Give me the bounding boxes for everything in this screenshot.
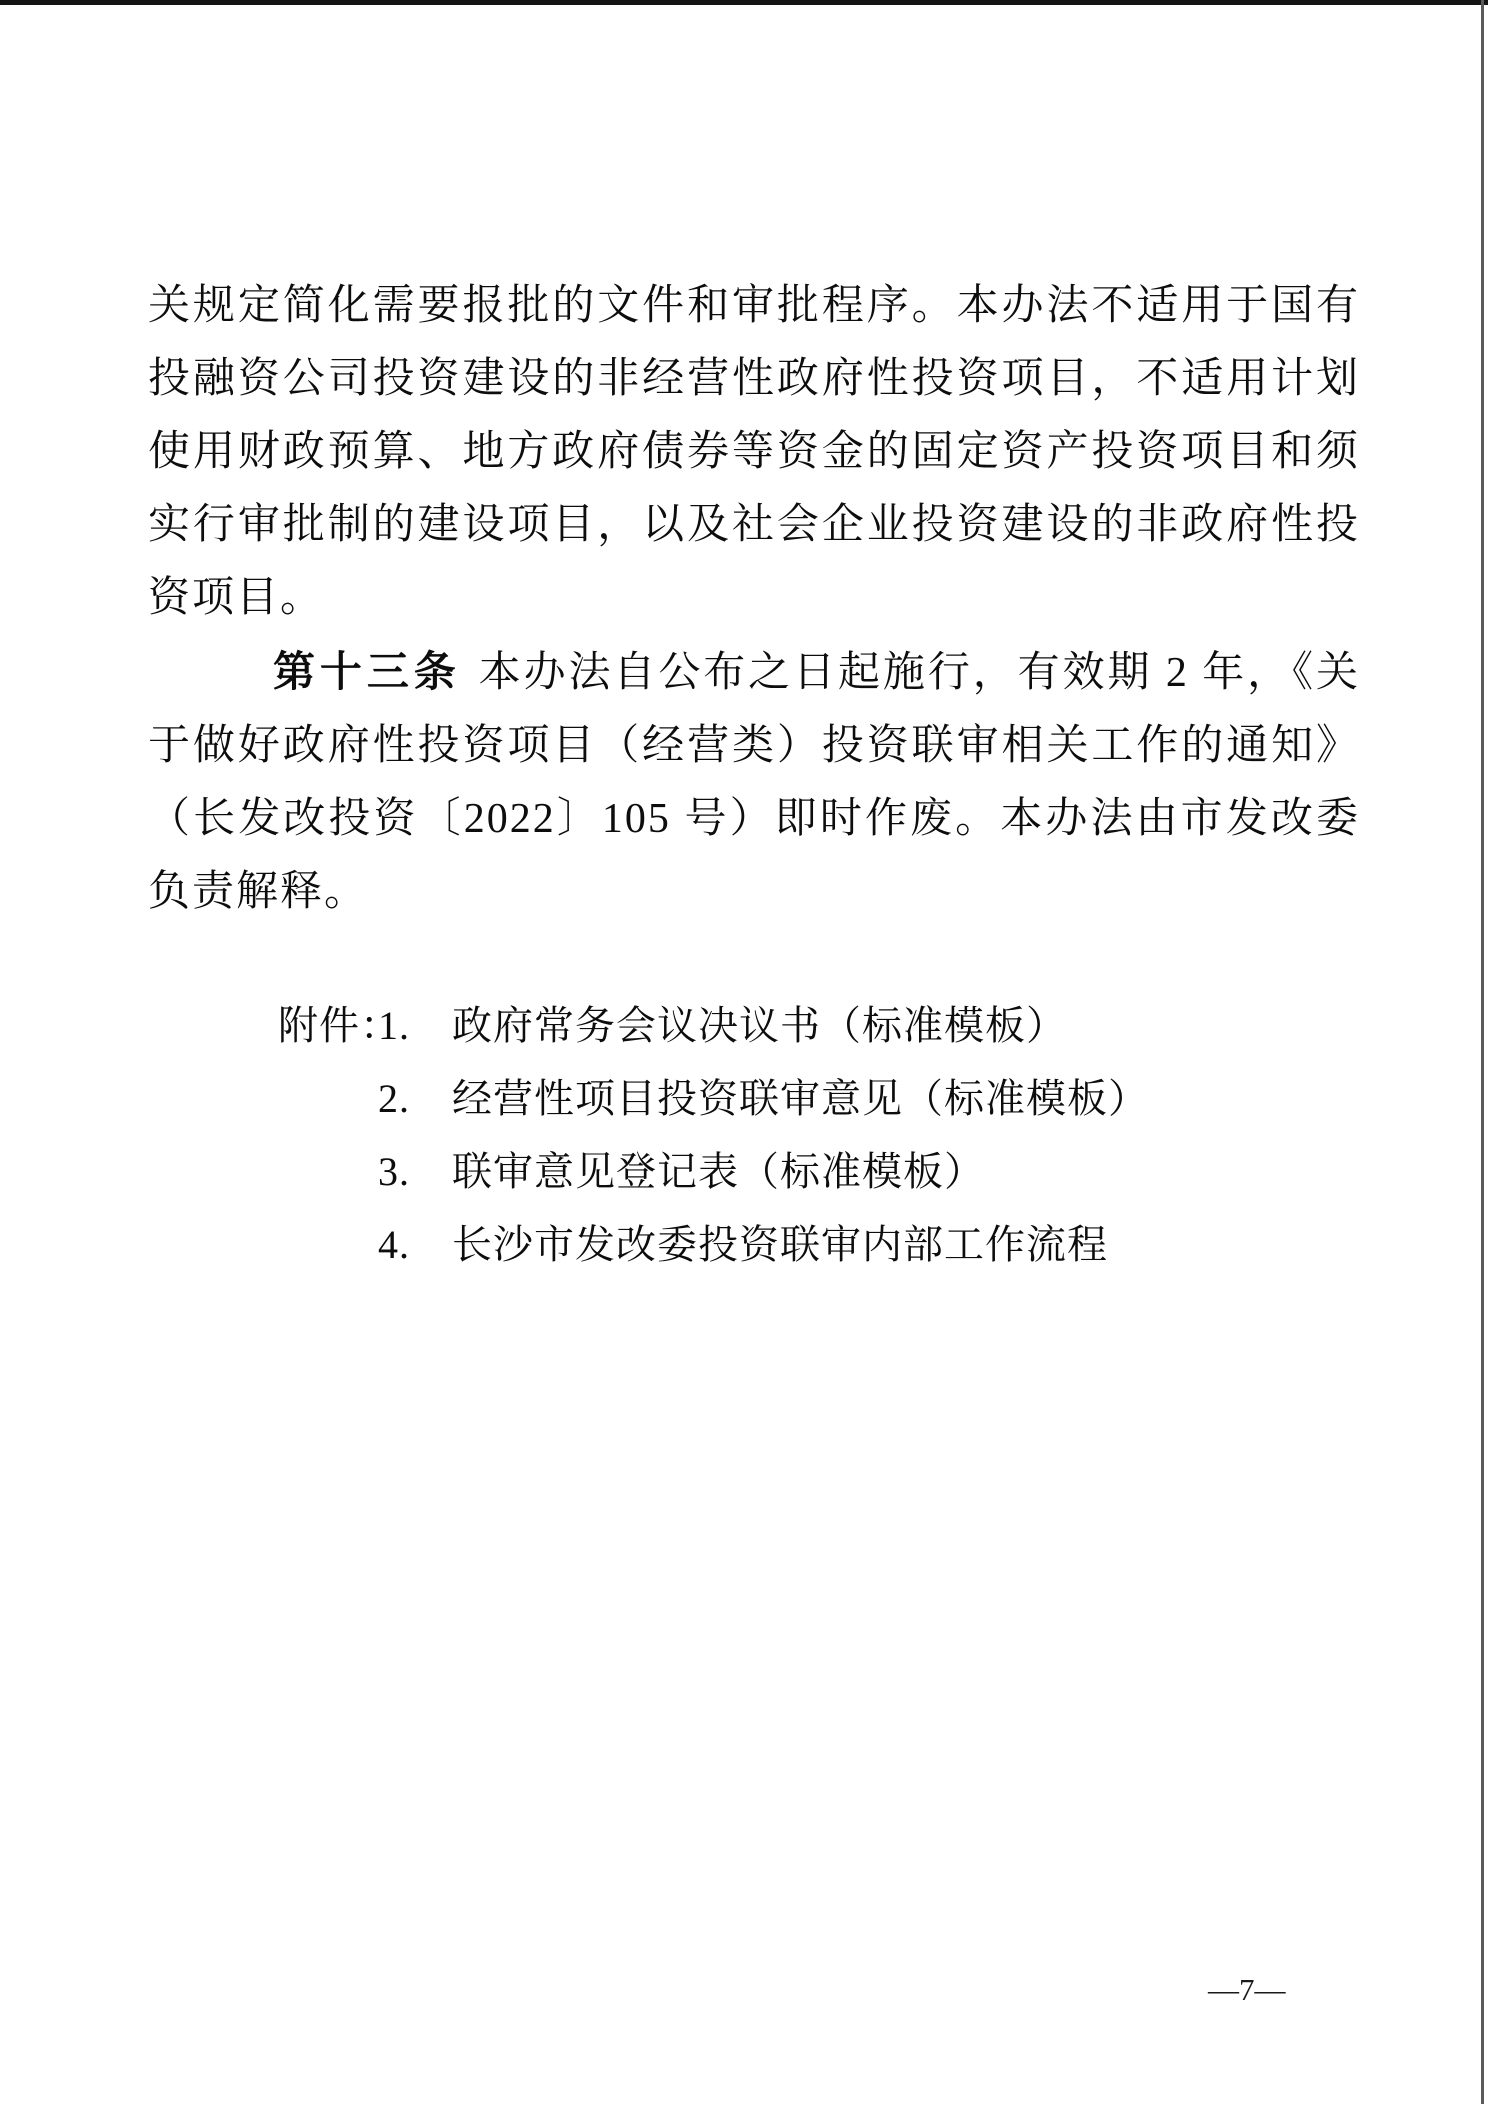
article-13-paragraph: 第十三条本办法自公布之日起施行，有效期 2 年，《关于做好政府性投资项目（经营类… <box>148 635 1360 929</box>
attachment-item-text: 联审意见登记表（标准模板） <box>452 1135 1360 1208</box>
attachments-label: 附件： <box>278 989 378 1062</box>
attachment-item-number: 2. <box>378 1062 452 1135</box>
attachment-item-number: 4. <box>378 1208 452 1281</box>
page-number: —7— <box>1208 1972 1286 2008</box>
scan-right-edge-line <box>1481 0 1484 2104</box>
attachment-item-text: 经营性项目投资联审意见（标准模板） <box>452 1062 1360 1135</box>
attachment-item-number: 3. <box>378 1135 452 1208</box>
scan-top-edge-line <box>0 0 1488 5</box>
attachments-block: 附件： 1. 政府常务会议决议书（标准模板） 2. 经营性项目投资联审意见（标准… <box>278 989 1360 1281</box>
attachment-item-text: 长沙市发改委投资联审内部工作流程 <box>452 1208 1360 1281</box>
attachment-item-number: 1. <box>378 989 452 1062</box>
body-paragraph-continuation: 关规定简化需要报批的文件和审批程序。本办法不适用于国有投融资公司投资建设的非经营… <box>148 270 1360 635</box>
document-body: 关规定简化需要报批的文件和审批程序。本办法不适用于国有投融资公司投资建设的非经营… <box>148 270 1360 1281</box>
article-13-label: 第十三条 <box>273 648 461 695</box>
document-page: 关规定简化需要报批的文件和审批程序。本办法不适用于国有投融资公司投资建设的非经营… <box>0 0 1488 2104</box>
attachment-item-text: 政府常务会议决议书（标准模板） <box>452 989 1360 1062</box>
